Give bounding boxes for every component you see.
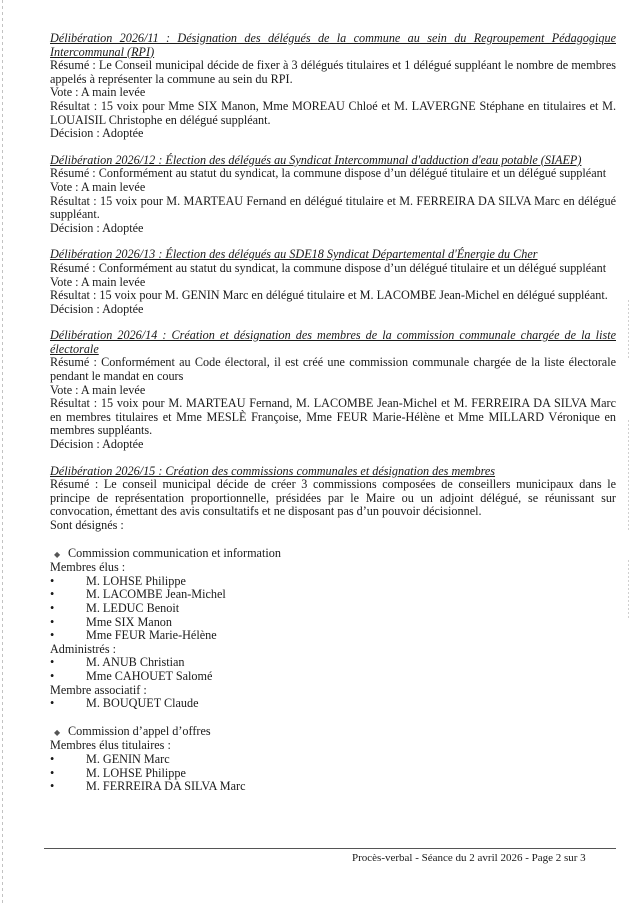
- deliberation-section: Délibération 2026/11 : Désignation des d…: [50, 32, 616, 141]
- bullet-icon: •: [50, 697, 54, 711]
- list-item: •Mme SIX Manon: [50, 616, 616, 630]
- deliberation-title: Délibération 2026/15 : Création des comm…: [50, 465, 616, 479]
- commission-block: ◆Commission communication et information…: [50, 547, 616, 711]
- deliberation-decision: Décision : Adoptée: [50, 303, 616, 317]
- deliberation-resume: Résumé : Le Conseil municipal décide de …: [50, 59, 616, 86]
- bullet-icon: •: [50, 753, 54, 767]
- deliberation-decision: Décision : Adoptée: [50, 438, 616, 452]
- deliberation-section: Délibération 2026/13 : Élection des délé…: [50, 248, 616, 316]
- deliberation-title: Délibération 2026/12 : Élection des délé…: [50, 154, 616, 168]
- deliberation-resultat: Résultat : 15 voix pour Mme SIX Manon, M…: [50, 100, 616, 127]
- page-footer: Procès-verbal - Séance du 2 avril 2026 -…: [352, 852, 586, 866]
- footer-divider: [44, 848, 616, 849]
- list-item: •M. LEDUC Benoit: [50, 602, 616, 616]
- deliberation-resume: Résumé : Conformément au statut du syndi…: [50, 167, 616, 181]
- scan-mark-right: [628, 300, 629, 360]
- list-item: •M. LACOMBE Jean-Michel: [50, 588, 616, 602]
- deliberation-section: Délibération 2026/14 : Création et désig…: [50, 329, 616, 451]
- list-item: •M. BOUQUET Claude: [50, 697, 616, 711]
- list-item: •Mme CAHOUET Salomé: [50, 670, 616, 684]
- list-item: •M. ANUB Christian: [50, 656, 616, 670]
- deliberation-section: Délibération 2026/12 : Élection des délé…: [50, 154, 616, 236]
- deliberation-title: Délibération 2026/14 : Création et désig…: [50, 329, 616, 356]
- bullet-icon: •: [50, 656, 54, 670]
- commission-title: Commission d’appel d’offres: [68, 724, 211, 738]
- group-label: Membre associatif :: [50, 684, 616, 698]
- member-name: M. BOUQUET Claude: [86, 696, 199, 710]
- list-item: •M. LOHSE Philippe: [50, 575, 616, 589]
- scan-mark-right: [628, 420, 629, 530]
- diamond-bullet-icon: ◆: [54, 548, 68, 562]
- deliberation-resume: Résumé : Conformément au Code électoral,…: [50, 356, 616, 383]
- bullet-icon: •: [50, 780, 54, 794]
- bullet-icon: •: [50, 670, 54, 684]
- diamond-bullet-icon: ◆: [54, 726, 68, 740]
- deliberation-resultat: Résultat : 15 voix pour M. GENIN Marc en…: [50, 289, 616, 303]
- member-name: Mme SIX Manon: [86, 615, 172, 629]
- deliberation-2026-15: Délibération 2026/15 : Création des comm…: [50, 465, 616, 794]
- deliberation-decision: Décision : Adoptée: [50, 222, 616, 236]
- member-name: M. LOHSE Philippe: [86, 766, 186, 780]
- deliberations: Délibération 2026/11 : Désignation des d…: [50, 32, 616, 452]
- deliberation-vote: Vote : A main levée: [50, 384, 616, 398]
- list-item: •M. GENIN Marc: [50, 753, 616, 767]
- member-name: M. GENIN Marc: [86, 752, 170, 766]
- commission-block: ◆Commission d’appel d’offresMembres élus…: [50, 725, 616, 794]
- deliberation-vote: Vote : A main levée: [50, 86, 616, 100]
- member-name: M. LOHSE Philippe: [86, 574, 186, 588]
- list-item: •M. FERREIRA DA SILVA Marc: [50, 780, 616, 794]
- member-name: M. LACOMBE Jean-Michel: [86, 587, 226, 601]
- deliberation-title: Délibération 2026/11 : Désignation des d…: [50, 32, 616, 59]
- group-label: Membres élus titulaires :: [50, 739, 616, 753]
- bullet-icon: •: [50, 575, 54, 589]
- bullet-icon: •: [50, 588, 54, 602]
- group-label: Membres élus :: [50, 561, 616, 575]
- deliberation-resume: Résumé : Le conseil municipal décide de …: [50, 478, 616, 519]
- document-page: Délibération 2026/11 : Désignation des d…: [50, 32, 616, 807]
- commission-name: ◆Commission d’appel d’offres: [50, 725, 616, 740]
- list-item: •M. LOHSE Philippe: [50, 767, 616, 781]
- bullet-icon: •: [50, 602, 54, 616]
- bullet-icon: •: [50, 767, 54, 781]
- scan-mark-right: [628, 560, 629, 620]
- deliberation-vote: Vote : A main levée: [50, 276, 616, 290]
- commissions-list: ◆Commission communication et information…: [50, 547, 616, 794]
- member-name: Mme CAHOUET Salomé: [86, 669, 212, 683]
- list-item: •Mme FEUR Marie-Hélène: [50, 629, 616, 643]
- deliberation-resultat: Résultat : 15 voix pour M. MARTEAU Ferna…: [50, 195, 616, 222]
- deliberation-decision: Décision : Adoptée: [50, 127, 616, 141]
- designes-label: Sont désignés :: [50, 519, 616, 533]
- commission-title: Commission communication et information: [68, 546, 281, 560]
- group-label: Administrés :: [50, 643, 616, 657]
- deliberation-resultat: Résultat : 15 voix pour M. MARTEAU Ferna…: [50, 397, 616, 438]
- commission-name: ◆Commission communication et information: [50, 547, 616, 562]
- member-name: M. LEDUC Benoit: [86, 601, 179, 615]
- deliberation-resume: Résumé : Conformément au statut du syndi…: [50, 262, 616, 276]
- member-name: Mme FEUR Marie-Hélène: [86, 628, 217, 642]
- scan-edge-left: [2, 0, 3, 905]
- deliberation-title: Délibération 2026/13 : Élection des délé…: [50, 248, 616, 262]
- bullet-icon: •: [50, 616, 54, 630]
- deliberation-vote: Vote : A main levée: [50, 181, 616, 195]
- bullet-icon: •: [50, 629, 54, 643]
- member-name: M. FERREIRA DA SILVA Marc: [86, 779, 245, 793]
- member-name: M. ANUB Christian: [86, 655, 185, 669]
